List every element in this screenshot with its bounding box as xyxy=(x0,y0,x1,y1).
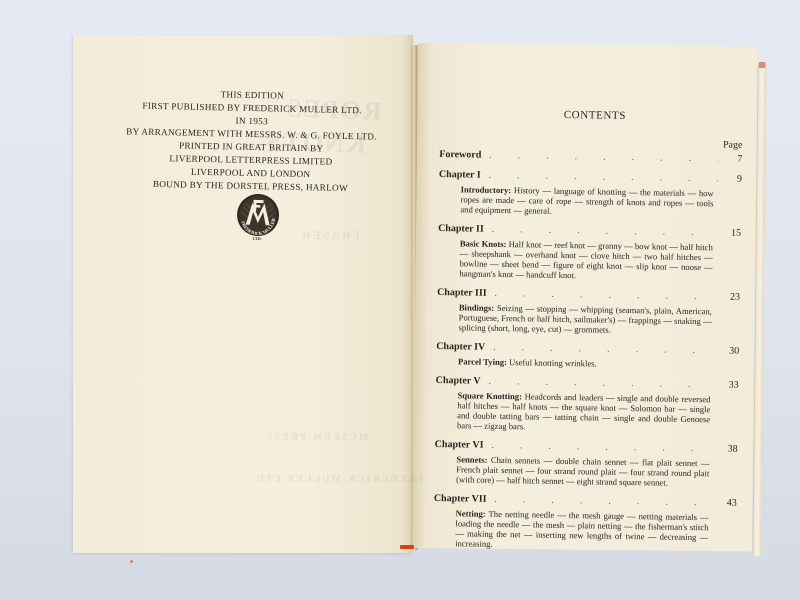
contents-entry: Chapter II. . . . . . . . . . . . . . .1… xyxy=(437,223,743,283)
dot-leader: . . . . . . . . . . . . . . . xyxy=(484,224,717,239)
dot-leader: . . . . . . . . . . . . . . . xyxy=(487,288,717,303)
dot-leader: . . . . . . . . . . . . . . . xyxy=(486,494,712,509)
chapter-topics-list: Seizing — stopping — whipping (seaman's,… xyxy=(458,303,711,335)
chapter-topic: Netting: xyxy=(456,508,486,518)
entry-line: Chapter IV. . . . . . . . . . . . . . .3… xyxy=(436,341,741,357)
open-book: ROPES KNOTS FRASER MUSEUM PRESS FREDERIC… xyxy=(0,0,800,600)
chapter-description: Netting: The netting needle — the mesh g… xyxy=(455,508,709,552)
chapter-description: Parcel Tying: Useful knotting wrinkles. xyxy=(458,356,711,370)
chapter-description: Basic Knots: Half knot — reef knot — gra… xyxy=(459,238,713,282)
chapter-topics-list: The netting needle — the mesh gauge — ne… xyxy=(455,509,709,549)
chapter-label: Chapter IV xyxy=(436,341,485,353)
chapter-topics-list: Chain sennets — double chain sennet — fl… xyxy=(456,455,709,488)
page-number: 38 xyxy=(714,443,740,454)
contents-entry: Chapter V. . . . . . . . . . . . . . .33… xyxy=(435,375,741,435)
page-number: 30 xyxy=(715,345,741,356)
paper-spot xyxy=(130,560,133,563)
chapter-description: Sennets: Chain sennets — double chain se… xyxy=(456,454,709,488)
entry-line: Chapter VI. . . . . . . . . . . . . . .3… xyxy=(435,439,740,455)
entry-line: Chapter I. . . . . . . . . . . . . . .9 xyxy=(439,169,744,185)
contents-entry: Chapter IV. . . . . . . . . . . . . . .3… xyxy=(436,341,741,371)
imprint-block: THIS EDITION FIRST PUBLISHED BY FREDERIC… xyxy=(108,86,395,196)
chapter-topic: Bindings: xyxy=(459,302,495,313)
dot-leader: . . . . . . . . . . . . . . . xyxy=(483,440,713,455)
chapter-label: Chapter VII xyxy=(434,493,487,505)
chapter-label: Chapter II xyxy=(438,223,484,235)
chapter-topic: Parcel Tying: xyxy=(458,356,507,367)
chapter-label: Chapter III xyxy=(437,287,487,299)
page-number: 15 xyxy=(717,227,743,238)
chapter-label: Chapter VI xyxy=(435,439,484,451)
chapter-topic: Basic Knots: xyxy=(460,238,507,249)
page-number: 43 xyxy=(713,497,739,508)
dot-leader: . . . . . . . . . . . . . . . xyxy=(481,376,715,391)
table-of-contents: CONTENTS Page Foreword. . . . . . . . . … xyxy=(433,108,745,562)
chapter-label: Chapter V xyxy=(436,375,481,387)
page-number: 9 xyxy=(718,173,744,184)
entry-line: Chapter V. . . . . . . . . . . . . . .33 xyxy=(436,375,741,391)
show-through-text: FRASER xyxy=(300,228,360,243)
chapter-topic: Sennets: xyxy=(456,454,487,464)
chapter-label: Chapter I xyxy=(439,169,481,181)
dot-leader: . . . . . . . . . . . . . . . xyxy=(481,170,718,185)
chapter-label: Foreword xyxy=(439,149,481,161)
contents-entry: Chapter III. . . . . . . . . . . . . . .… xyxy=(436,287,742,337)
dot-leader: . . . . . . . . . . . . . . . xyxy=(485,342,715,357)
contents-entry: Chapter VII. . . . . . . . . . . . . . .… xyxy=(433,493,739,553)
dot-leader: . . . . . . . . . . . . . . . xyxy=(481,150,718,165)
show-through-text: MUSEUM PRESS xyxy=(265,432,368,443)
chapter-description: Square Knotting: Headcords and leaders —… xyxy=(457,390,711,434)
contents-entries: Foreword. . . . . . . . . . . . . . .7Ch… xyxy=(433,149,744,553)
page-number: 33 xyxy=(715,379,741,390)
cover-edge xyxy=(400,545,414,549)
page-number: 7 xyxy=(718,153,744,164)
contents-entry: Foreword. . . . . . . . . . . . . . .7 xyxy=(439,149,744,165)
chapter-description: Bindings: Seizing — stopping — whipping … xyxy=(458,302,711,336)
entry-line: Foreword. . . . . . . . . . . . . . .7 xyxy=(439,149,744,165)
chapter-description: Introductory: History — language of knot… xyxy=(460,184,713,218)
show-through-text: FREDERICK MULLER LTD xyxy=(255,474,424,485)
contents-entry: Chapter VI. . . . . . . . . . . . . . .3… xyxy=(434,439,740,489)
entry-line: Chapter III. . . . . . . . . . . . . . .… xyxy=(437,287,742,303)
entry-line: Chapter VII. . . . . . . . . . . . . . .… xyxy=(434,493,739,509)
page-column-header: Page xyxy=(439,135,744,151)
page-number: 23 xyxy=(716,291,742,302)
entry-line: Chapter II. . . . . . . . . . . . . . .1… xyxy=(438,223,743,239)
chapter-topics-list: Useful knotting wrinkles. xyxy=(507,357,597,368)
svg-text:LTD.: LTD. xyxy=(253,236,262,241)
publisher-fm-emblem-icon: FREDERICK MULLER LTD. xyxy=(232,190,284,242)
contents-entry: Chapter I. . . . . . . . . . . . . . .9I… xyxy=(438,169,744,219)
